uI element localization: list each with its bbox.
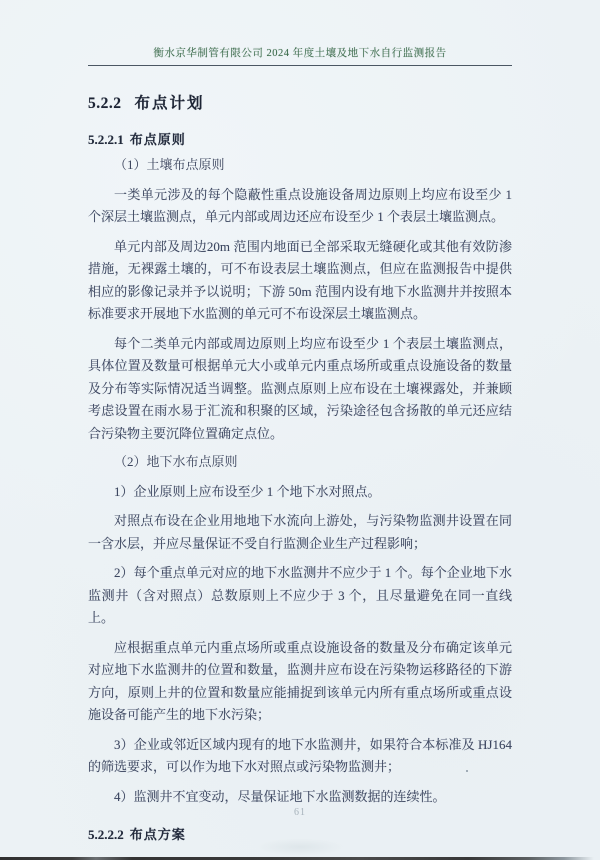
soil-principles-heading: （1）土壤布点原则	[88, 154, 512, 177]
running-header-title: 衡水京华制管有限公司 2024 年度土壤及地下水自行监测报告	[88, 45, 512, 60]
soil-paragraph: 一类单元涉及的每个隐蔽性重点设施设备周边原则上均应布设至少 1 个深层土壤监测点…	[88, 184, 512, 229]
subsection-heading: 5.2.2.1布点原则	[88, 129, 512, 148]
section-title: 布点计划	[135, 95, 205, 112]
soil-paragraph: 单元内部及周边20m 范围内地面已全部采取无缝硬化或其他有效防渗措施，无裸露土壤…	[88, 236, 512, 326]
subsection-title: 布点原则	[130, 132, 186, 147]
running-header: 衡水京华制管有限公司 2024 年度土壤及地下水自行监测报告	[88, 0, 512, 66]
groundwater-paragraph: 1）企业原则上应布设至少 1 个地下水对照点。	[88, 481, 512, 504]
subsection-number: 5.2.2.1	[88, 132, 124, 147]
groundwater-paragraph: 3）企业或邻近区域内现有的地下水监测井，如果符合本标准及 HJ164 的筛选要求…	[88, 734, 512, 779]
next-subsection-number: 5.2.2.2	[88, 827, 124, 842]
scan-smudge	[255, 838, 345, 856]
section-number: 5.2.2	[88, 95, 122, 112]
section-heading: 5.2.2布点计划	[88, 91, 512, 113]
groundwater-paragraph: 4）监测井不宜变动，尽量保证地下水监测数据的连续性。	[88, 786, 512, 809]
page-number: 61	[0, 807, 600, 818]
document-page: 衡水京华制管有限公司 2024 年度土壤及地下水自行监测报告 5.2.2布点计划…	[0, 0, 600, 860]
soil-paragraph: 每个二类单元内部或周边原则上均应布设至少 1 个表层土壤监测点，具体位置及数量可…	[88, 333, 512, 446]
groundwater-paragraph: 应根据重点单元内重点场所或重点设施设备的数量及分布确定该单元对应地下水监测井的位…	[88, 637, 512, 727]
next-subsection-title: 布点方案	[130, 827, 186, 842]
groundwater-principles-heading: （2）地下水布点原则	[88, 451, 512, 474]
groundwater-paragraph: 2）每个重点单元对应的地下水监测井不应少于 1 个。每个企业地下水监测井（含对照…	[88, 562, 512, 630]
scan-speck	[466, 770, 468, 772]
groundwater-paragraph: 对照点布设在企业用地地下水流向上游处，与污染物监测井设置在同一含水层，并应尽量保…	[88, 510, 512, 555]
document-body: 5.2.2布点计划 5.2.2.1布点原则 （1）土壤布点原则 一类单元涉及的每…	[88, 91, 512, 843]
